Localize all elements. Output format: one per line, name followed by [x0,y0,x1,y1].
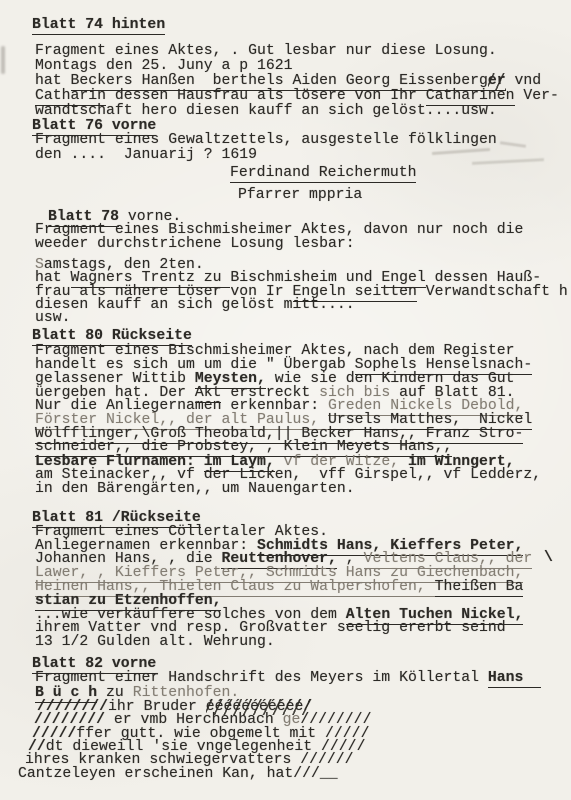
text-segment: Hans [488,670,541,688]
text-segment: Verwandtschaft h [417,284,568,300]
scanned-page: Blatt 74 hintenFragment eines Aktes, . G… [0,0,571,800]
document-line: Montags den 25. Juny a p 1621 [35,59,293,74]
text-segment: den .... Januarij ? 1619 [35,147,257,163]
pencil-scribble [472,158,544,165]
document-line: Fragment einer Handschrift des Meyers im… [35,671,541,686]
document-line: usw. [35,311,71,326]
document-line: 13 1/2 Gulden alt. Wehrung. [35,635,275,650]
document-line: Catharin dessen Hausfrau als lösere von … [35,89,559,104]
text-segment: \ [544,550,553,566]
pencil-scribble [432,148,490,155]
document-line: Ferdinand Reichermuth [230,166,416,181]
text-segment: hat [35,73,71,89]
document-line: weeder durchstrichene Losung lesbar: [35,237,355,252]
text-segment: Cantzeleyen erscheinen Kan, hat [18,766,293,782]
text-segment: Fragment einer Handschrift des Meyers im… [35,670,488,686]
document-line: schneider,, die Probstey, , Klein Meyets… [35,440,452,455]
document-line: Blatt 74 hinten [32,18,165,33]
text-segment: Montags den 25. Juny a p 1621 [35,58,293,74]
text-segment: Blatt 74 hinten [32,17,165,35]
text-segment: Fragment eines Gewaltzettels, ausgestell… [35,132,497,148]
document-line: den .... Januarij ? 1619 [35,148,257,163]
text-segment: Theißen Ba [435,579,524,597]
document-line: diesen kauff an sich gelöst mitt.... [35,298,355,313]
text-segment: Pfarrer mppria [238,187,362,203]
text-segment: in den Bärengärten,, um Nauengarten. [35,481,355,497]
text-segment: __ [320,766,338,782]
text-segment: diesen kauff an sich gelöst mitt.... [35,297,355,313]
document-line: Fragment eines Aktes, . Gut lesbar nur d… [35,44,497,59]
text-segment: Ver- [515,88,559,104]
text-segment: usw. [35,310,71,326]
text-segment: weeder durchstrichene Losung lesbar: [35,236,355,252]
text-segment: dessen Hausfrau als lösere von Ihr [106,88,426,104]
scan-smudge [1,46,5,74]
document-line: Cantzeleyen erscheinen Kan, hat///__ [18,767,338,782]
text-segment: wandtschaft hero diesen kauff an sich ge… [35,103,497,119]
document-line: Blatt 80 Rückseite [32,329,192,344]
document-line: Pfarrer mppria [238,188,362,203]
text-segment: Fragment eines Aktes, . Gut lesbar nur d… [35,43,497,59]
document-line: wandtschaft hero diesen kauff an sich ge… [35,104,497,119]
document-line: \ [544,551,553,566]
document-line: Fragment eines Gewaltzettels, ausgestell… [35,133,497,148]
text-segment: Ferdinand Reichermuth [230,165,416,183]
document-line: hat Beckers Hanßen berthels Aiden Georg … [35,74,541,89]
document-line: in den Bärengärten,, um Nauengarten. [35,482,355,497]
text-segment: /// [293,766,320,782]
text-segment: 13 1/2 Gulden alt. Wehrung. [35,634,275,650]
text-segment: vnd [506,73,542,89]
pencil-scribble [500,141,526,148]
